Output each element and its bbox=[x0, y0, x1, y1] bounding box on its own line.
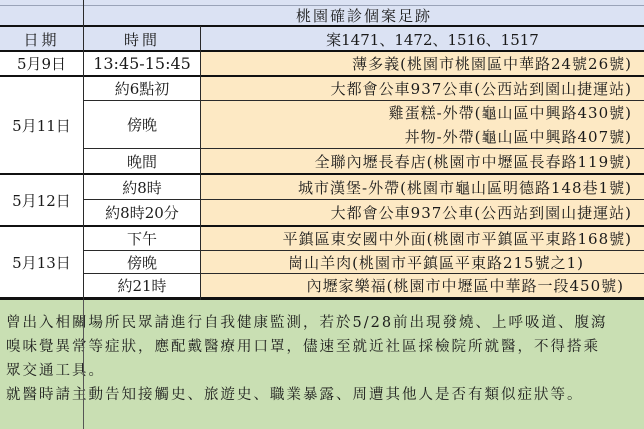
divider bbox=[0, 173, 644, 175]
location-line: 雞蛋糕-外帶(龜山區中興路430號) bbox=[389, 101, 632, 125]
notice-line: 曾出入相關場所民眾請進行自我健康監測，若於5/28前出現發燒、上呼吸道、腹瀉 bbox=[6, 311, 644, 335]
date-cell: 5月11日 bbox=[0, 77, 83, 173]
location-cell: 全聯內壢長春店(桃園市中壢區長春路119號) bbox=[201, 149, 644, 173]
time-cell: 傍晚 bbox=[84, 251, 200, 273]
divider bbox=[200, 26, 201, 300]
header-date: 日期 bbox=[0, 27, 83, 51]
header-cases: 案1471、1472、1516、1517 bbox=[201, 27, 644, 51]
table-title: 桃園確診個案足跡 bbox=[84, 5, 644, 26]
divider bbox=[0, 5, 644, 6]
header-time: 時間 bbox=[84, 27, 200, 51]
time-cell: 傍晚 bbox=[84, 101, 200, 148]
time-cell: 13:45-15:45 bbox=[84, 52, 200, 75]
location-cell: 大都會公車937公車(公西站到園山捷運站) bbox=[201, 200, 644, 225]
divider bbox=[0, 25, 644, 27]
divider bbox=[0, 225, 644, 227]
location-line: 丼物-外帶(龜山區中興路407號) bbox=[405, 125, 632, 149]
divider bbox=[84, 273, 644, 274]
notice-line: 就醫時請主動告知接觸史、旅遊史、職業暴露、周遭其他人是否有類似症狀等。 bbox=[6, 383, 644, 407]
time-cell: 約8時 bbox=[84, 175, 200, 199]
date-cell: 5月9日 bbox=[0, 52, 83, 75]
health-notice: 曾出入相關場所民眾請進行自我健康監測，若於5/28前出現發燒、上呼吸道、腹瀉 嗅… bbox=[0, 299, 644, 429]
location-cell: 崗山羊肉(桃園市平鎮區平東路215號之1) bbox=[201, 251, 644, 273]
divider bbox=[83, 0, 84, 300]
divider bbox=[84, 199, 644, 200]
divider bbox=[84, 100, 644, 101]
location-cell: 內壢家樂福(桃園市中壢區中華路一段450號) bbox=[201, 274, 644, 297]
date-cell: 5月12日 bbox=[0, 175, 83, 225]
cursor-line bbox=[83, 300, 84, 429]
notice-line: 嗅味覺異常等症狀，應配戴醫療用口罩，儘速至就近社區採檢院所就醫，不得搭乘 bbox=[6, 335, 644, 359]
location-cell: 城市漢堡-外帶(桃園市龜山區明德路148巷1號) bbox=[201, 175, 644, 199]
location-cell: 平鎮區東安國中外面(桃園市平鎮區平東路168號) bbox=[201, 227, 644, 250]
time-cell: 約8時20分 bbox=[84, 200, 200, 225]
date-cell: 5月13日 bbox=[0, 227, 83, 297]
divider bbox=[0, 75, 644, 77]
divider bbox=[0, 297, 644, 300]
location-cell: 薄多義(桃園市桃園區中華路24號26號) bbox=[201, 52, 644, 75]
time-cell: 約21時 bbox=[84, 274, 200, 297]
time-cell: 晚間 bbox=[84, 149, 200, 173]
location-cell-multi: 雞蛋糕-外帶(龜山區中興路430號) 丼物-外帶(龜山區中興路407號) bbox=[201, 101, 644, 148]
time-cell: 約6點初 bbox=[84, 77, 200, 100]
location-cell: 大都會公車937公車(公西站到園山捷運站) bbox=[201, 77, 644, 100]
divider bbox=[84, 250, 644, 251]
divider bbox=[0, 50, 644, 52]
divider bbox=[84, 148, 644, 149]
title-row-left bbox=[0, 5, 83, 26]
notice-line: 眾交通工具。 bbox=[6, 359, 644, 383]
time-cell: 下午 bbox=[84, 227, 200, 250]
